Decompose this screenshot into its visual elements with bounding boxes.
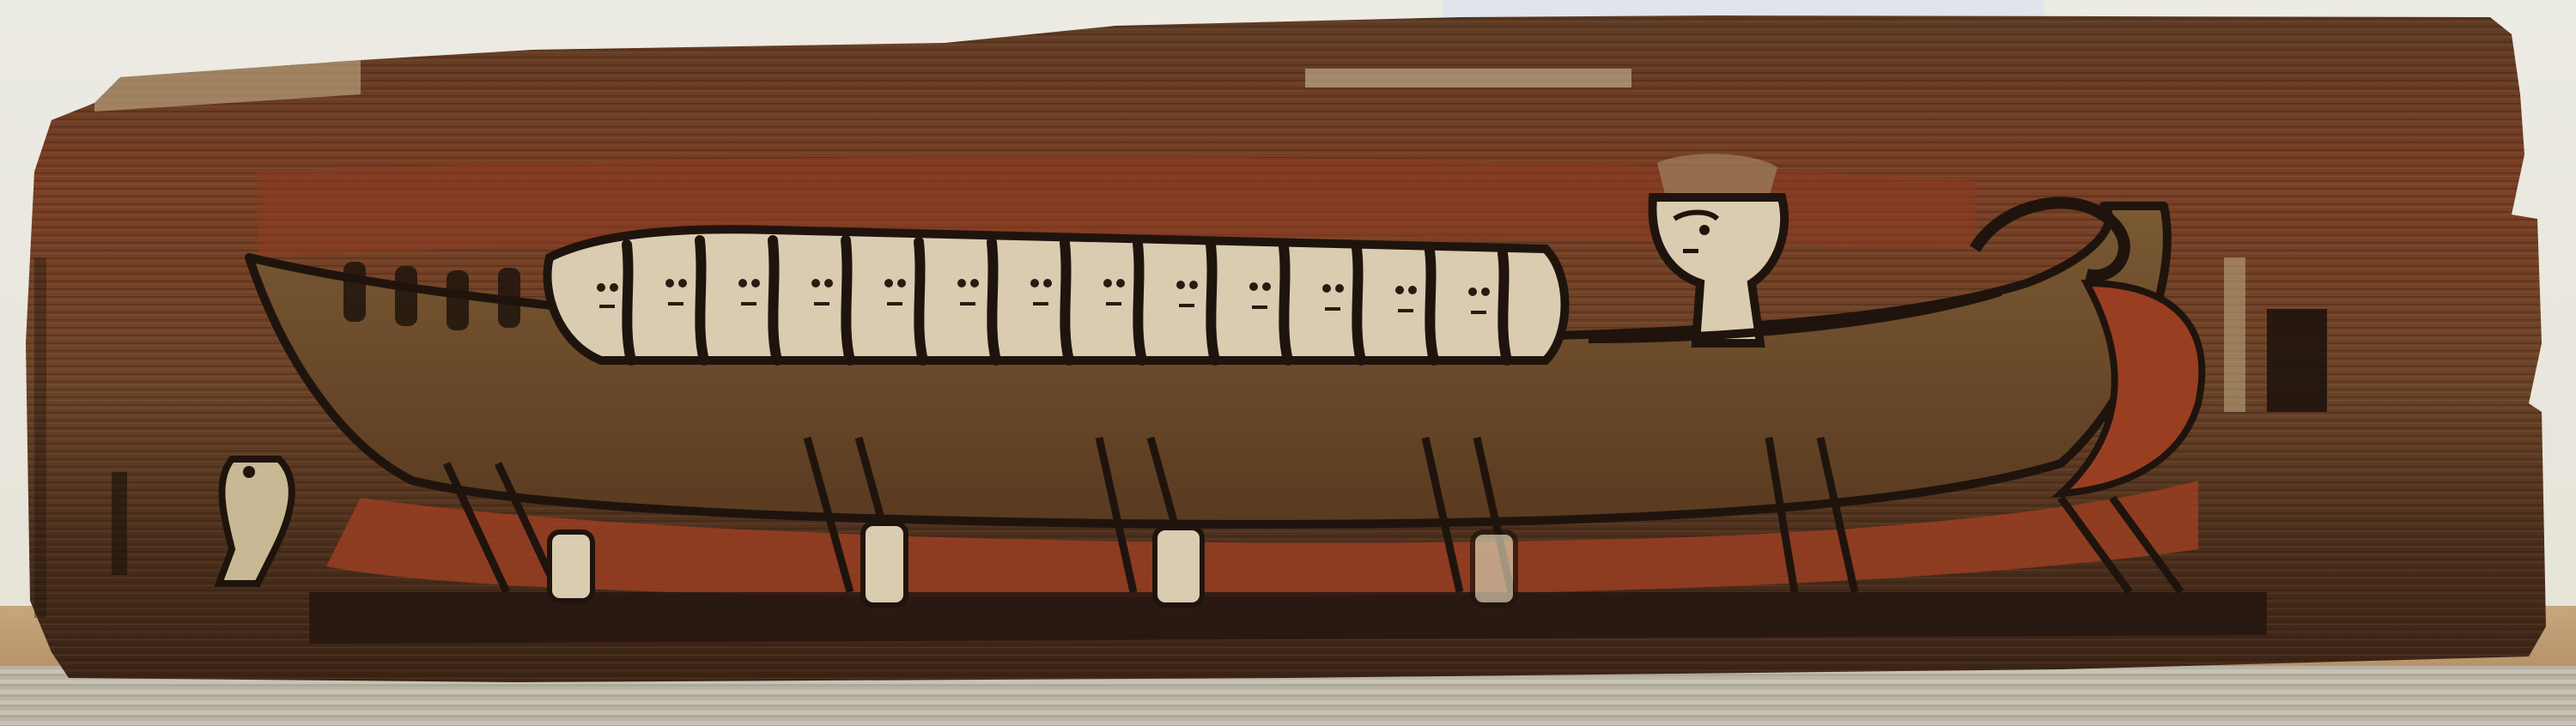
panel-edge-shadow <box>34 257 46 618</box>
painted-wood-panel <box>0 0 2576 726</box>
dark-paint-mark <box>2267 309 2327 412</box>
dark-paint-mark <box>112 472 127 575</box>
panel-artwork <box>0 0 2576 726</box>
paint-flake <box>1305 69 1631 88</box>
stern-post-light <box>2224 257 2245 412</box>
waterline-stripe <box>309 592 2267 644</box>
